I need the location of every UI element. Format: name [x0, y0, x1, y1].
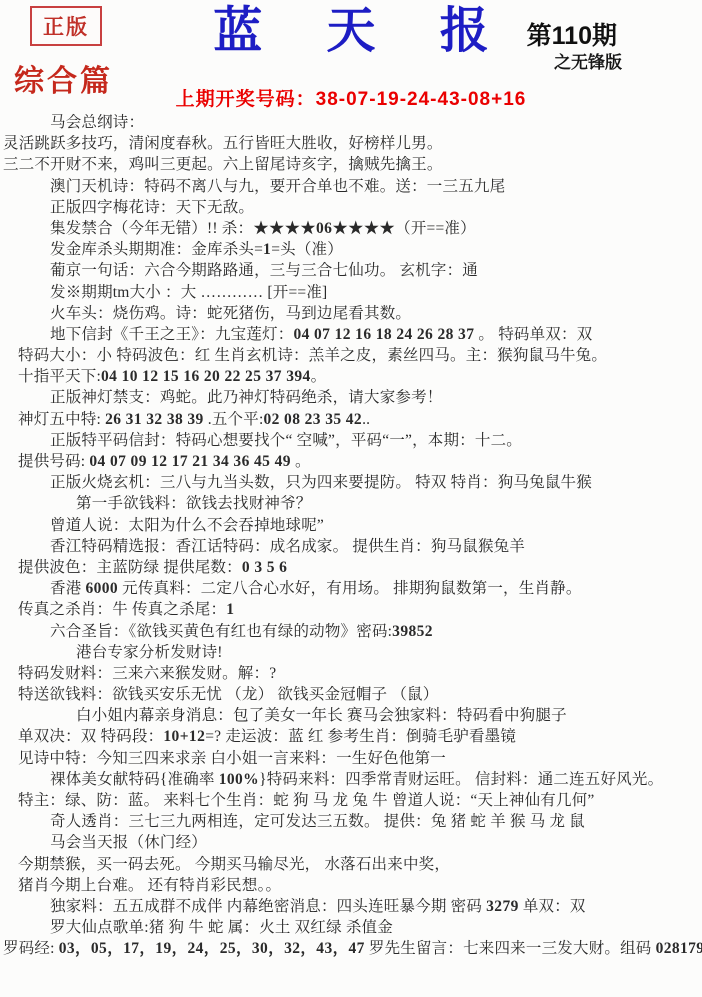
body-line: 正版神灯禁支：鸡蛇。此乃神灯特码绝杀，请大家参考！ [0, 387, 702, 408]
body-line: 传真之杀肖：牛 传真之杀尾：1 [0, 599, 702, 620]
body-line: 葡京一句话：六合今期路路通，三与三合七仙功。 玄机字：通 [0, 260, 702, 281]
body-line: 马会当天报（休门经） [0, 832, 702, 853]
body-line: 灵活跳跃多技巧，清闲度春秋。五行皆旺大胜收，好榜样儿男。 [0, 133, 702, 154]
body-line: 特码大小：小 特码波色：红 生肖玄机诗：羔羊之皮，素丝四马。主：猴狗鼠马牛兔。 [0, 345, 702, 366]
body-line: 发金库杀头期期准：金库杀头=1=头（准） [0, 239, 702, 260]
body-line: 特主：绿、防：蓝。 来料七个生肖：蛇 狗 马 龙 兔 牛 曾道人说：“天上神仙有… [0, 790, 702, 811]
body-line: 见诗中特：今知三四来求亲 白小姐一言来料：一生好色他第一 [0, 748, 702, 769]
body-line: 正版四字梅花诗：天下无敌。 [0, 197, 702, 218]
body-line: 裸体美女献特码{准确率 100%}特码来料：四季常青财运旺。 信封料：通二连五好… [0, 769, 702, 790]
body-line: 特码发财料：三来六来猴发财。解：? [0, 663, 702, 684]
body-line: 十指平天下:04 10 12 15 16 20 22 25 37 394。 [0, 366, 702, 387]
body-line: 今期禁猴，买一码去死。 今期买马输尽光， 水落石出来中奖， [0, 854, 702, 875]
body-line: 集发禁合（今年无错）!! 杀：★★★★06★★★★（开==准） [0, 218, 702, 239]
body-line: 港台专家分析发财诗! [0, 642, 702, 663]
newspaper-page: 正版 蓝 天 报 第110期 之无锋版 综合篇 上期开奖号码：38-07-19-… [0, 0, 702, 997]
body-line: 提供波色：主蓝防绿 提供尾数：0 3 5 6 [0, 557, 702, 578]
last-draw-numbers: 上期开奖号码：38-07-19-24-43-08+16 [0, 84, 702, 111]
body-line: 罗码经: 03，05，17，19，24，25，30，32，43，47 罗先生留言… [0, 938, 702, 959]
body-line: 神灯五中特: 26 31 32 38 39 .五个平:02 08 23 35 4… [0, 409, 702, 430]
body-line: 发※期期tm大小 ：大 ………… [开==准] [0, 282, 702, 303]
body-line: 三二不开财不来，鸡叫三更起。六上留尾诗亥字，擒贼先擒王。 [0, 154, 702, 175]
body-line: 特送欲钱料：欲钱买安乐无忧 （龙） 欲钱买金冠帽子 （鼠） [0, 684, 702, 705]
body-line: 六合圣旨：《欲钱买黄色有红也有绿的动物》密码:39852 [0, 621, 702, 642]
body-line: 香港 6000 元传真料：二定八合心水好，有用场。 排期狗鼠数第一，生肖静。 [0, 578, 702, 599]
body-line: 香江特码精选报：香江话特码：成名成家。 提供生肖：狗马鼠猴兔羊 [0, 536, 702, 557]
body-line: 提供号码: 04 07 09 12 17 21 34 36 45 49 。 [0, 451, 702, 472]
body-lines: 马会总纲诗：灵活跳跃多技巧，清闲度春秋。五行皆旺大胜收，好榜样儿男。三二不开财不… [0, 112, 702, 960]
issue-number: 第110期 [527, 16, 617, 52]
body-line: 正版特平码信封：特码心想要找个“ 空喊”，平码“一”，本期：十二。 [0, 430, 702, 451]
body-line: 地下信封《千王之王》：九宝莲灯：04 07 12 16 18 24 26 28 … [0, 324, 702, 345]
body-line: 独家料：五五成群不成伴 内幕绝密消息：四头连旺暴今期 密码 3279 单双：双 [0, 896, 702, 917]
body-line: 奇人透肖：三七三九两相连，定可发达三五数。 提供：兔 猪 蛇 羊 猴 马 龙 鼠 [0, 811, 702, 832]
body-line: 澳门天机诗：特码不离八与九，要开合单也不难。送：一三五九尾 [0, 176, 702, 197]
body-line: 曾道人说：太阳为什么不会吞掉地球呢” [0, 515, 702, 536]
body-line: 白小姐内幕亲身消息：包了美女一年长 赛马会独家料：特码看中狗腿子 [0, 705, 702, 726]
edition-label: 之无锋版 [554, 48, 622, 73]
body-line: 猪肖今期上台难。 还有特肖彩民想。。 [0, 875, 702, 896]
body-line: 火车头：烧伤鸡。诗：蛇死猪伤，马到边尾看其数。 [0, 303, 702, 324]
body-line: 马会总纲诗： [0, 112, 702, 133]
body-line: 单双决：双 特码段：10+12=? 走运波：蓝 红 参考生肖：倒骑毛驴看墨镜 [0, 726, 702, 747]
body-line: 第一手欲钱料：欲钱去找财神爷？ [0, 493, 702, 514]
body-line: 罗大仙点歌单:猪 狗 牛 蛇 属：火土 双红绿 杀值金 [0, 917, 702, 938]
body-line: 正版火烧玄机：三八与九当头数，只为四来要提防。 特双 特肖：狗马兔鼠牛猴 [0, 472, 702, 493]
